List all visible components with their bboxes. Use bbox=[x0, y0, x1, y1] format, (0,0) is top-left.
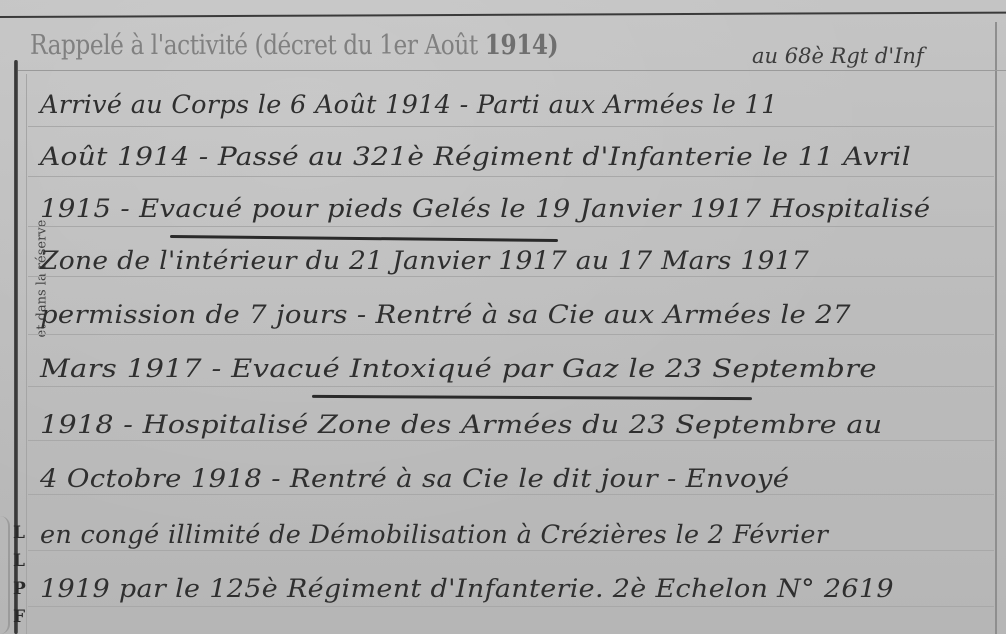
printed-header: Rappelé à l'activité (décret du 1er Août… bbox=[30, 30, 558, 61]
record-line-7: 1918 - Hospitalisé Zone des Armées du 23… bbox=[40, 410, 882, 439]
printed-header-year: 1914) bbox=[485, 30, 558, 61]
ruled-line bbox=[28, 276, 994, 277]
record-line-2: Août 1914 - Passé au 321è Régiment d'Inf… bbox=[40, 142, 911, 171]
ruled-line bbox=[28, 386, 994, 387]
scanned-register-page: et dans la réserve L L P F Rappelé à l'a… bbox=[0, 0, 1006, 634]
ruled-line bbox=[28, 176, 994, 177]
handwritten-regiment: au 68è Rgt d'Inf bbox=[752, 44, 924, 68]
record-line-9: en congé illimité de Démobilisation à Cr… bbox=[40, 520, 828, 549]
ruled-line bbox=[28, 606, 994, 607]
record-header: Rappelé à l'activité (décret du 1er Août… bbox=[30, 30, 644, 74]
record-line-3: 1915 - Evacué pour pieds Gelés le 19 Jan… bbox=[40, 194, 930, 223]
record-line-6: Mars 1917 - Evacué Intoxiqué par Gaz le … bbox=[40, 354, 877, 383]
record-line-5: permission de 7 jours - Rentré à sa Cie … bbox=[40, 300, 851, 329]
record-line-8: 4 Octobre 1918 - Rentré à sa Cie le dit … bbox=[40, 464, 789, 493]
ruled-line bbox=[28, 226, 994, 227]
inner-margin-rule bbox=[26, 74, 27, 634]
record-line-4: Zone de l'intérieur du 21 Janvier 1917 a… bbox=[40, 246, 809, 275]
margin-letter: L bbox=[13, 548, 26, 574]
underline-evacue-pieds-geles bbox=[170, 235, 558, 242]
margin-letter: P bbox=[13, 576, 26, 602]
margin-letter: L bbox=[13, 520, 26, 546]
record-line-1: Arrivé au Corps le 6 Août 1914 - Parti a… bbox=[40, 90, 778, 119]
ruled-line bbox=[28, 550, 994, 551]
ruled-line bbox=[28, 494, 994, 495]
margin-letter: F bbox=[13, 604, 26, 630]
margin-bracket bbox=[0, 516, 10, 634]
right-margin-rule bbox=[995, 22, 997, 634]
ruled-line bbox=[28, 440, 994, 441]
underline-evacue-intoxique-gaz bbox=[312, 395, 752, 400]
printed-header-text: Rappelé à l'activité (décret du 1er Août bbox=[30, 30, 478, 61]
top-border-rule bbox=[0, 12, 1006, 18]
header-rule bbox=[18, 70, 1006, 71]
ruled-line bbox=[28, 334, 994, 335]
margin-letters: L L P F bbox=[13, 520, 26, 630]
ruled-line bbox=[28, 126, 994, 127]
record-line-10: 1919 par le 125è Régiment d'Infanterie. … bbox=[40, 574, 894, 603]
